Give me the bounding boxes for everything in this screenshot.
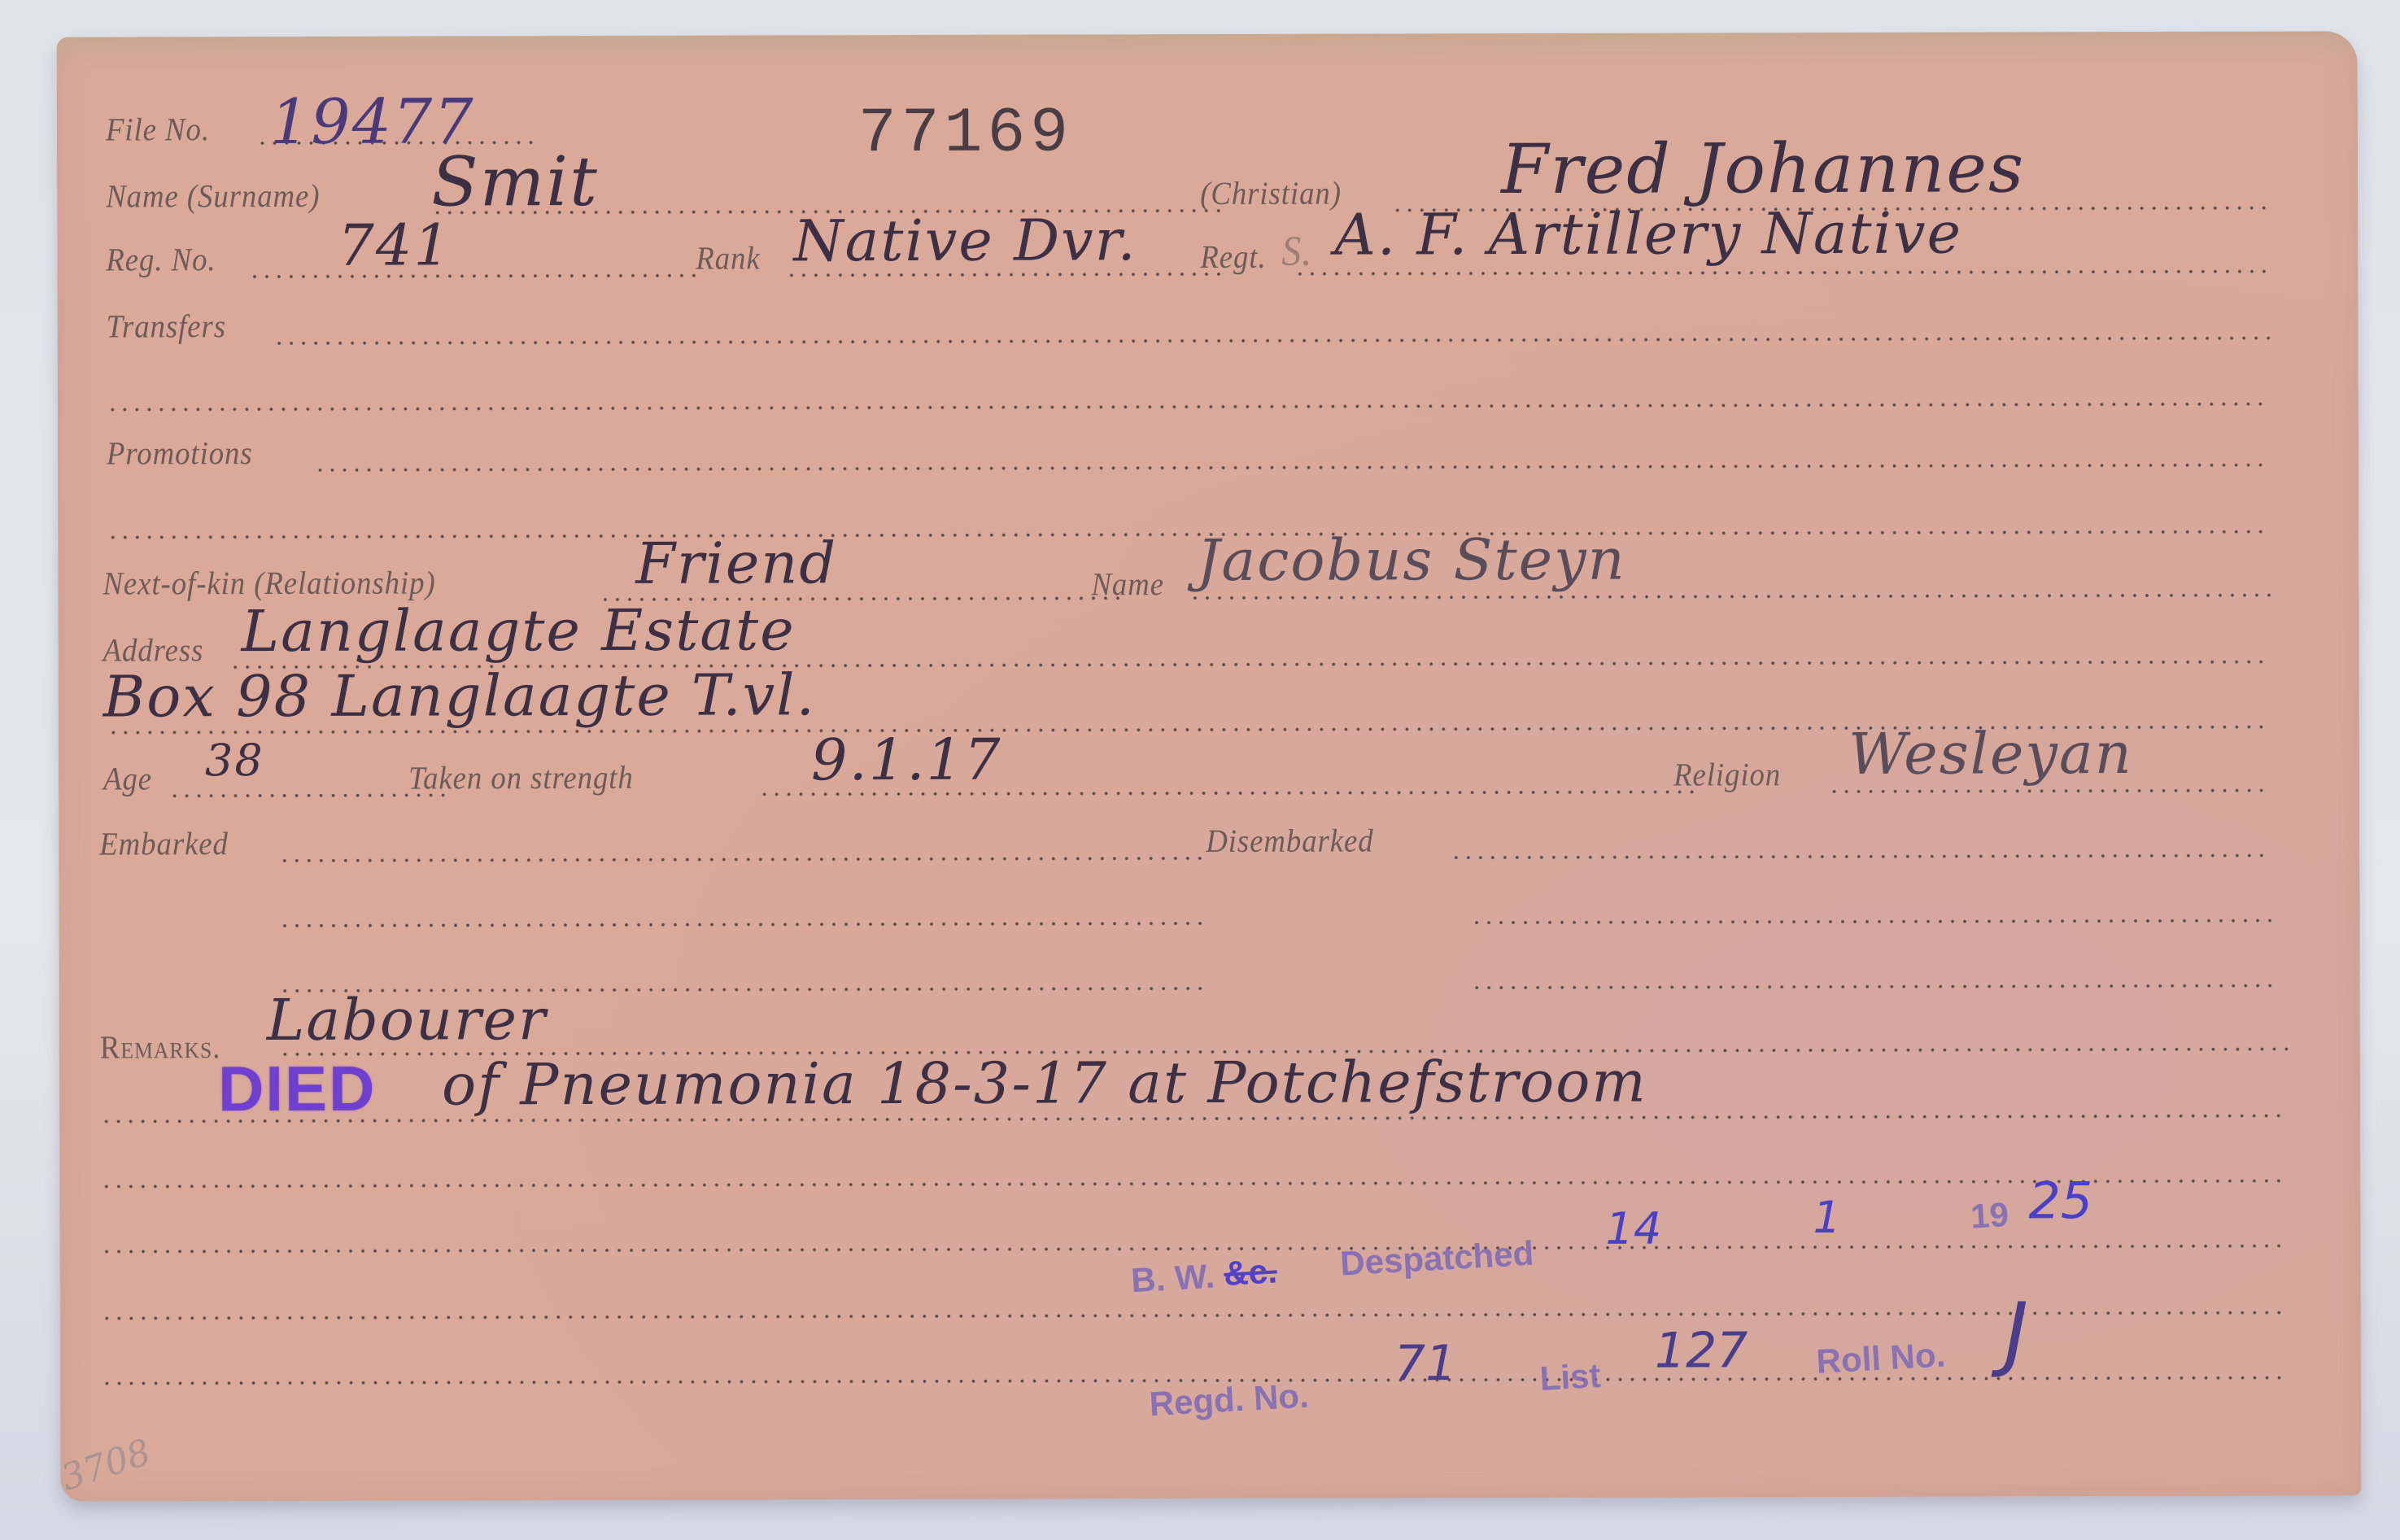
regd-no-value: 71 — [1394, 1335, 1457, 1392]
embarked-dots — [278, 856, 1206, 863]
reg-no-value: 741 — [338, 212, 452, 278]
transfers-label: Transfers — [107, 307, 226, 345]
regt-value: A. F. Artillery Native — [1334, 200, 1962, 268]
surname-label: Name (Surname) — [106, 177, 320, 216]
remarks-dots-5 — [101, 1311, 2289, 1321]
christian-value: Fred Johannes — [1501, 128, 2025, 209]
nok-name-dots — [1189, 593, 2271, 600]
age-value: 38 — [205, 735, 264, 786]
died-stamp: DIED — [218, 1052, 377, 1127]
despatched-label: Despatched — [1339, 1234, 1534, 1284]
list-label: List — [1538, 1356, 1601, 1398]
religion-dots — [1828, 788, 2271, 794]
religion-label: Religion — [1673, 755, 1781, 793]
despatched-year: 25 — [2028, 1171, 2092, 1230]
disembarked-dots — [1450, 853, 2271, 861]
despatched-day: 14 — [1605, 1203, 1661, 1254]
reg-no-dots — [248, 273, 704, 279]
remarks-dots-4 — [101, 1244, 2289, 1254]
transfers-dots — [273, 336, 2271, 346]
address-line1: Langlaagte Estate — [241, 596, 795, 665]
regt-prefix: S. — [1281, 228, 1312, 276]
promotions-label: Promotions — [107, 434, 253, 472]
promotions-dots — [314, 463, 2271, 473]
nok-name-label: Name — [1091, 565, 1164, 603]
roll-no-initial: J — [2005, 1285, 2029, 1380]
embarked-dots-2 — [279, 921, 1207, 928]
roll-no-label: Roll No. — [1815, 1335, 1946, 1381]
reg-no-label: Reg. No. — [106, 240, 216, 278]
rank-value: Native Dvr. — [793, 207, 1137, 274]
record-card: File No. 19477 77169 Name (Surname) Smit… — [57, 31, 2362, 1501]
next-of-kin-label: Next-of-kin (Relationship) — [103, 563, 435, 602]
stamp-struck-text: &c. — [1223, 1251, 1278, 1294]
taken-on-strength-value: 9.1.17 — [811, 726, 1002, 794]
embarked-label: Embarked — [99, 824, 229, 862]
stamp-prefix: B. W. — [1130, 1257, 1215, 1301]
typed-number: 77169 — [858, 98, 1073, 170]
age-label: Age — [103, 759, 152, 797]
address-line2: Box 98 Langlaagte T.vl. — [103, 661, 816, 730]
disembarked-dots-3 — [1471, 984, 2272, 991]
remarks-label: Remarks. — [100, 1027, 221, 1066]
disembarked-dots-2 — [1470, 918, 2271, 926]
disembarked-label: Disembarked — [1206, 821, 1373, 860]
transfers-dots-2 — [107, 402, 2271, 412]
file-no-label: File No. — [106, 110, 210, 148]
remarks-occupation: Labourer — [267, 986, 548, 1054]
taken-on-strength-label: Taken on strength — [408, 758, 634, 797]
rank-label: Rank — [696, 238, 760, 277]
despatched-month: 1 — [1813, 1192, 1841, 1243]
age-dots — [168, 792, 445, 798]
nok-relationship-value: Friend — [635, 530, 837, 597]
regt-dots — [1294, 269, 2270, 277]
pencil-note: 3708 — [56, 1431, 155, 1499]
despatch-stamp: B. W. &c. Despatched 14 1 19 25 Regd. No… — [57, 31, 2358, 37]
remarks-dots-3 — [100, 1179, 2289, 1189]
nok-name-value: Jacobus Steyn — [1197, 526, 1626, 594]
remarks-died-text: of Pneumonia 18-3-17 at Potchefstroom — [442, 1049, 1647, 1119]
religion-value: Wesleyan — [1848, 720, 2133, 787]
despatched-year-prefix: 19 — [1970, 1195, 2009, 1236]
promotions-dots-2 — [107, 530, 2271, 540]
surname-value: Smit — [431, 142, 599, 222]
regt-label: Regt. — [1200, 238, 1266, 276]
christian-label: (Christian) — [1200, 174, 1342, 212]
regd-no-label: Regd. No. — [1148, 1376, 1309, 1424]
list-value: 127 — [1655, 1322, 1748, 1379]
